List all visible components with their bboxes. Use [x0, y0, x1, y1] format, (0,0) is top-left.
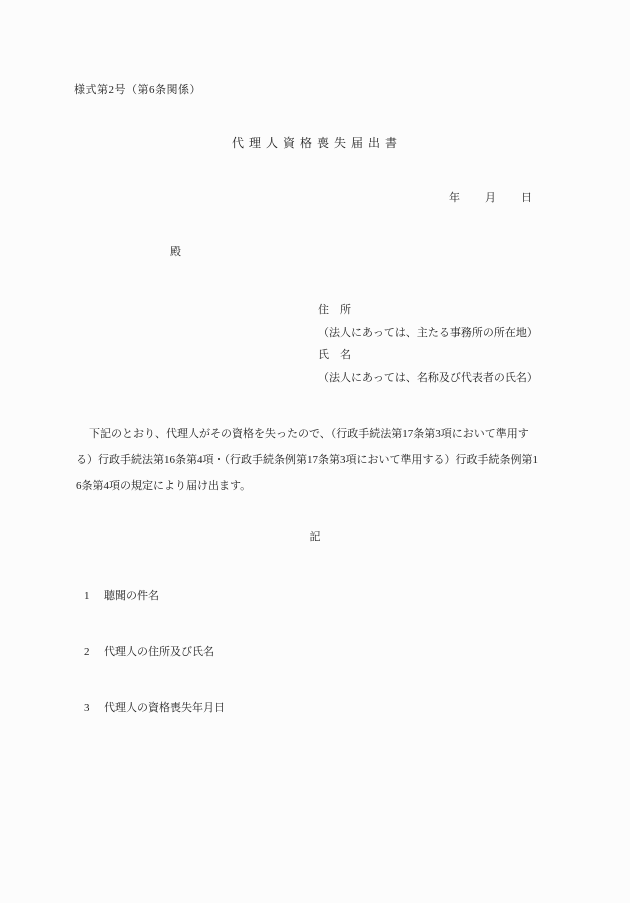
- sender-name-note: （法人にあっては、名称及び代表者の氏名）: [318, 367, 538, 390]
- sender-info-block: 住 所 （法人にあっては、主たる事務所の所在地） 氏 名 （法人にあっては、名称…: [318, 299, 538, 389]
- body-line: 下記のとおり、代理人がその資格を失ったので、（行政手続法第17条第3項において準…: [76, 421, 606, 447]
- record-item: 2 代理人の住所及び氏名: [84, 644, 214, 660]
- document-page: 様式第2号（第6条関係） 代 理 人 資 格 喪 失 届 出 書 年 月 日 殿…: [0, 0, 630, 903]
- record-item: 3 代理人の資格喪失年月日: [84, 700, 225, 716]
- record-heading: 記: [0, 529, 630, 545]
- body-paragraph: 下記のとおり、代理人がその資格を失ったので、（行政手続法第17条第3項において準…: [76, 421, 606, 499]
- body-line: る）行政手続法第16条第4項・（行政手続条例第17条第3項において準用する）行政…: [76, 447, 606, 473]
- record-item-label: 代理人の資格喪失年月日: [104, 700, 225, 716]
- sender-address-note: （法人にあっては、主たる事務所の所在地）: [318, 322, 538, 345]
- sender-name-label: 氏 名: [318, 344, 538, 367]
- document-title: 代 理 人 資 格 喪 失 届 出 書: [0, 135, 630, 151]
- addressee-honorific: 殿: [170, 244, 181, 260]
- record-item-label: 聴聞の件名: [104, 588, 159, 604]
- record-item-number: 2: [84, 644, 104, 660]
- date-line: 年 月 日: [449, 190, 533, 206]
- record-item-number: 1: [84, 588, 104, 604]
- record-item-label: 代理人の住所及び氏名: [104, 644, 214, 660]
- sender-address-label: 住 所: [318, 299, 538, 322]
- body-line: 6条第4項の規定により届け出ます。: [76, 473, 606, 499]
- record-item-number: 3: [84, 700, 104, 716]
- record-item: 1 聴聞の件名: [84, 588, 159, 604]
- form-number-label: 様式第2号（第6条関係）: [74, 82, 201, 98]
